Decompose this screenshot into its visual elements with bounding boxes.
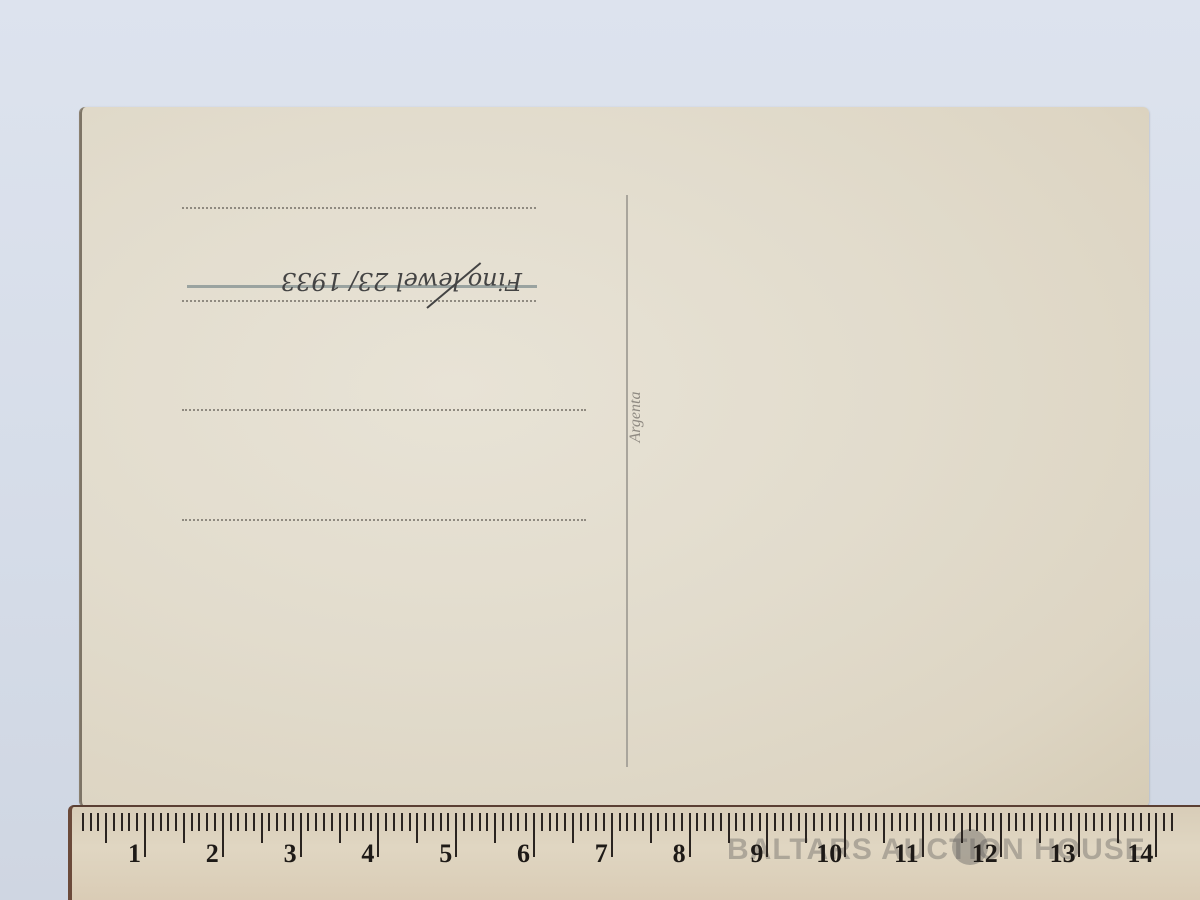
ruler-tick (805, 813, 807, 843)
ruler-tick (657, 813, 659, 831)
ruler-tick (961, 813, 963, 843)
ruler-tick (440, 813, 442, 831)
ruler-tick (447, 813, 449, 831)
ruler-tick (300, 813, 302, 857)
ruler-number: 6 (517, 839, 530, 869)
ruler-tick (463, 813, 465, 831)
ruler-tick (899, 813, 901, 831)
ruler-tick (1023, 813, 1025, 831)
ruler-number: 13 (1050, 839, 1076, 869)
ruler-tick (541, 813, 543, 831)
ruler-tick (650, 813, 652, 843)
ruler-tick (276, 813, 278, 831)
ruler-tick (222, 813, 224, 857)
ruler-tick (751, 813, 753, 831)
ruler-tick (339, 813, 341, 843)
ruler-tick (82, 813, 84, 831)
ruler-tick (245, 813, 247, 831)
ruler-number: 8 (673, 839, 686, 869)
ruler-tick (377, 813, 379, 857)
address-line-2 (182, 300, 536, 302)
ruler-tick (759, 813, 761, 831)
ruler-tick (206, 813, 208, 831)
ruler-tick (1078, 813, 1080, 857)
ruler-number: 2 (206, 839, 219, 869)
ruler-tick (595, 813, 597, 831)
ruler-number: 12 (972, 839, 998, 869)
ruler-tick (144, 813, 146, 857)
ruler-tick (533, 813, 535, 857)
ruler-tick (743, 813, 745, 831)
ruler-tick (97, 813, 99, 831)
ruler-tick (626, 813, 628, 831)
ruler-tick (1109, 813, 1111, 831)
ruler-tick (945, 813, 947, 831)
ruler-tick (1062, 813, 1064, 831)
ruler-tick (315, 813, 317, 831)
ruler-tick (720, 813, 722, 831)
ruler-tick (1155, 813, 1157, 857)
ruler-tick (891, 813, 893, 831)
address-line-1 (182, 207, 536, 209)
ruler-tick (766, 813, 768, 857)
ruler-tick (128, 813, 130, 831)
ruler-tick (1015, 813, 1017, 831)
ruler-tick (587, 813, 589, 831)
ruler-tick (969, 813, 971, 831)
ruler-tick (121, 813, 123, 831)
ruler-tick (665, 813, 667, 831)
ruler-tick (494, 813, 496, 843)
ruler-tick (984, 813, 986, 831)
ruler-tick (409, 813, 411, 831)
ruler-tick (113, 813, 115, 831)
ruler-tick (307, 813, 309, 831)
ruler-tick (798, 813, 800, 831)
ruler-tick (689, 813, 691, 857)
ruler-tick (728, 813, 730, 843)
brand-text: Argenta (627, 372, 647, 462)
ruler-tick (712, 813, 714, 831)
ruler-tick (479, 813, 481, 831)
ruler-tick (634, 813, 636, 831)
ruler-tick (502, 813, 504, 831)
ruler-tick (1070, 813, 1072, 831)
ruler-tick (673, 813, 675, 831)
ruler-tick (938, 813, 940, 831)
ruler-tick (1054, 813, 1056, 831)
ruler-tick (1132, 813, 1134, 831)
ruler-tick (774, 813, 776, 831)
ruler-tick (930, 813, 932, 831)
ruler-tick (813, 813, 815, 831)
ruler-tick (829, 813, 831, 831)
ruler-tick (90, 813, 92, 831)
ruler-tick (914, 813, 916, 831)
ruler-tick (416, 813, 418, 843)
ruler-tick (331, 813, 333, 831)
ruler-tick (136, 813, 138, 831)
ruler-tick (471, 813, 473, 831)
ruler-tick (1117, 813, 1119, 843)
ruler-tick (292, 813, 294, 831)
ruler-tick (1124, 813, 1126, 831)
ruler-tick (642, 813, 644, 831)
ruler-tick (1101, 813, 1103, 831)
ruler-tick (253, 813, 255, 831)
ruler-tick (191, 813, 193, 831)
ruler-number: 14 (1127, 839, 1153, 869)
ruler-tick (821, 813, 823, 831)
ruler-tick (549, 813, 551, 831)
ruler-tick (370, 813, 372, 831)
divider-line (626, 195, 628, 767)
ruler-tick (1140, 813, 1142, 831)
ruler-tick (393, 813, 395, 831)
ruler-tick (1093, 813, 1095, 831)
ruler-tick (953, 813, 955, 831)
ruler-tick (323, 813, 325, 831)
ruler-tick (883, 813, 885, 843)
ruler-tick (1148, 813, 1150, 831)
ruler-tick (346, 813, 348, 831)
ruler-tick (284, 813, 286, 831)
ruler-tick (1039, 813, 1041, 843)
ruler-tick (160, 813, 162, 831)
ruler-tick (362, 813, 364, 831)
ruler-number: 7 (595, 839, 608, 869)
ruler-tick (1163, 813, 1165, 831)
ruler-number: 3 (284, 839, 297, 869)
ruler-tick (432, 813, 434, 831)
ruler-tick (556, 813, 558, 831)
ruler-tick (105, 813, 107, 843)
ruler-tick (455, 813, 457, 857)
ruler-tick (860, 813, 862, 831)
ruler-tick (782, 813, 784, 831)
ruler-tick (704, 813, 706, 831)
ruler-tick (1046, 813, 1048, 831)
ruler-tick (852, 813, 854, 831)
ruler-tick (875, 813, 877, 831)
ruler-tick (572, 813, 574, 843)
ruler-tick (735, 813, 737, 831)
ruler-tick (261, 813, 263, 843)
ruler-tick (836, 813, 838, 831)
ruler-tick (619, 813, 621, 831)
ruler-tick (564, 813, 566, 831)
ruler-number: 9 (750, 839, 763, 869)
address-line-3 (182, 409, 586, 411)
ruler-tick (1008, 813, 1010, 831)
postcard-back: Fino lewel 23/ 1933 Argenta (80, 107, 1149, 807)
ruler-tick (214, 813, 216, 831)
ruler-tick (401, 813, 403, 831)
ruler-tick (868, 813, 870, 831)
ruler-tick (976, 813, 978, 831)
ruler-number: 5 (439, 839, 452, 869)
ruler-tick (790, 813, 792, 831)
handwritten-note: Fino lewel 23/ 1933 (122, 255, 522, 295)
ruler-tick (992, 813, 994, 831)
ruler-tick (681, 813, 683, 831)
ruler-tick (230, 813, 232, 831)
ruler-tick (354, 813, 356, 831)
ruler-tick (603, 813, 605, 831)
ruler-tick (1171, 813, 1173, 831)
ruler-tick (1031, 813, 1033, 831)
ruler-tick (175, 813, 177, 831)
ruler-tick (1000, 813, 1002, 857)
ruler-tick (198, 813, 200, 831)
ruler-tick (237, 813, 239, 831)
ruler-tick (385, 813, 387, 831)
ruler-tick (152, 813, 154, 831)
ruler-tick (183, 813, 185, 843)
ruler-number: 1 (128, 839, 141, 869)
watermark: BALTARS AUCTION HOUSE (727, 833, 1146, 867)
ruler-tick (525, 813, 527, 831)
ruler-tick (510, 813, 512, 831)
ruler-number: 4 (361, 839, 374, 869)
ruler-tick (696, 813, 698, 831)
ruler-number: 11 (894, 839, 919, 869)
ruler-tick (517, 813, 519, 831)
ruler-tick (611, 813, 613, 857)
ruler-tick (580, 813, 582, 831)
ruler-tick (844, 813, 846, 857)
address-line-4 (182, 519, 586, 521)
ruler: BALTARS AUCTION HOUSE 123456789101112131… (68, 805, 1200, 900)
ruler-tick (922, 813, 924, 857)
ruler-number: 10 (816, 839, 842, 869)
ruler-tick (486, 813, 488, 831)
ruler-tick (1085, 813, 1087, 831)
ruler-tick (424, 813, 426, 831)
ruler-tick (906, 813, 908, 831)
ruler-tick (268, 813, 270, 831)
ruler-tick (167, 813, 169, 831)
